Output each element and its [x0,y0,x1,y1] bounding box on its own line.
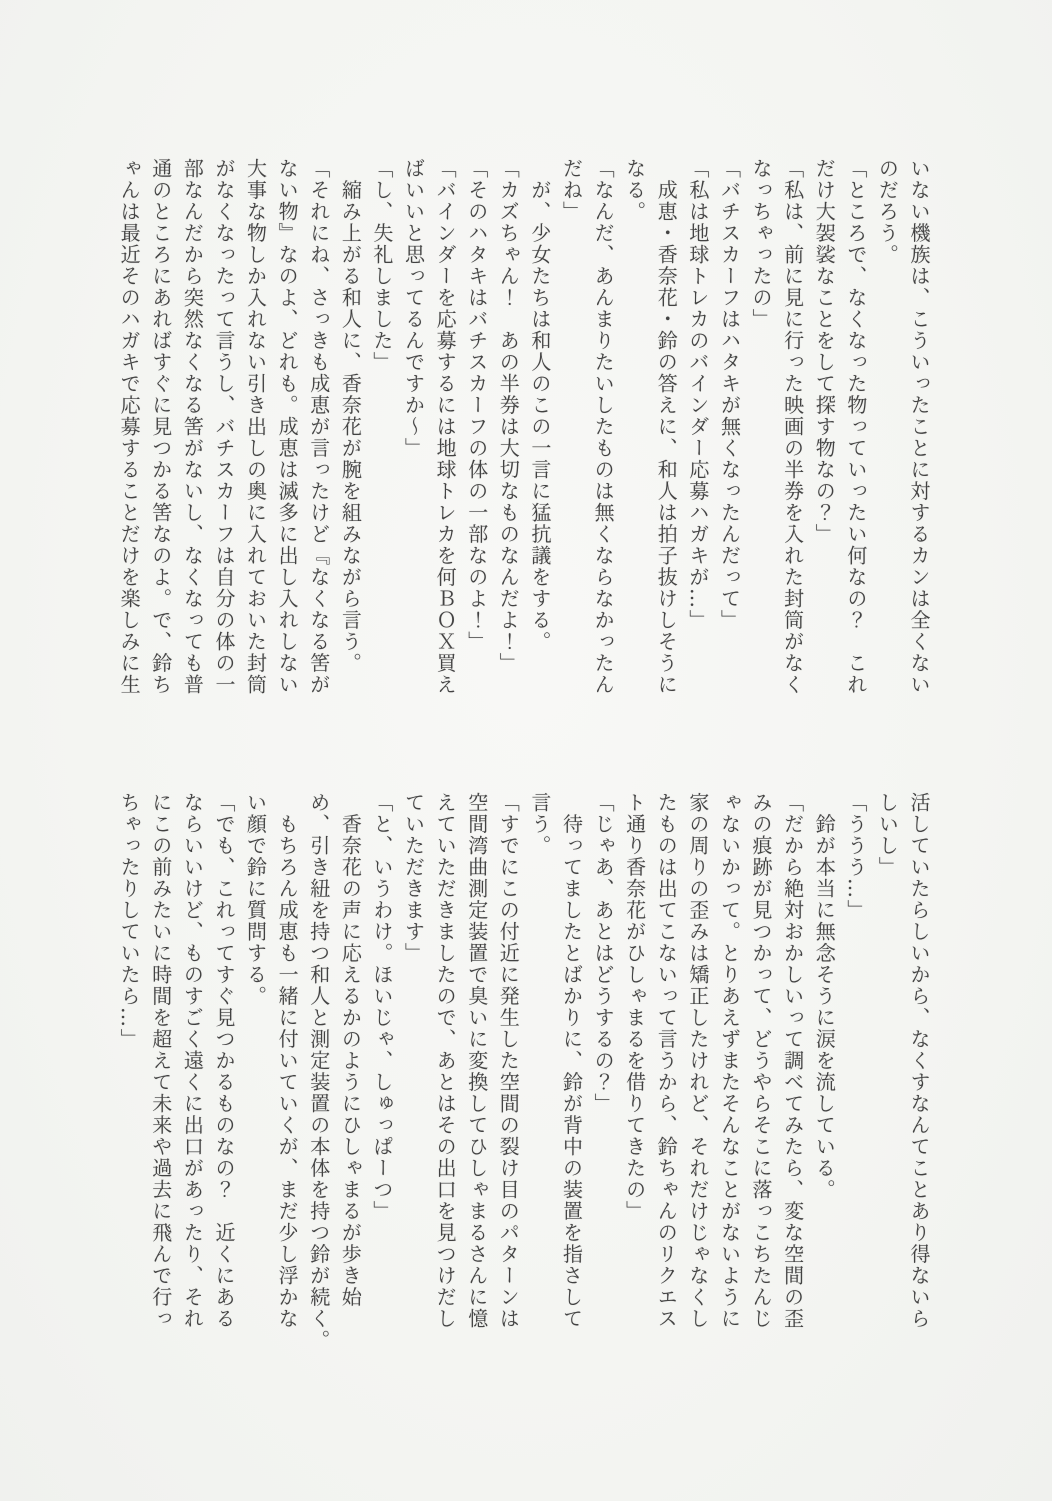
text-line: にこの前みたいに時間を超えて未来や過去に飛んで行っ [144,792,176,1358]
text-line: 大事な物しか入れない引き出しの奥に入れておいた封筒 [239,158,271,724]
text-line: 「ところで、なくなった物っていったい何なの？ これ [839,158,871,724]
text-line: なる。 [618,158,650,724]
text-line: 「カズちゃん！ あの半券は大切なものなんだよ！」 [492,158,524,724]
text-line: みの痕跡が見つかって、どうやらそこに落っこちたんじ [744,792,776,1358]
text-line: ない物』なのよ、どれも。成恵は滅多に出し入れしない [271,158,303,724]
text-line: 空間湾曲測定装置で臭いに変換してひしゃまるさんに憶 [460,792,492,1358]
text-line: 通のところにあればすぐに見つかる筈なのよ。で、鈴ち [144,158,176,724]
text-line: ゃないかって。とりあえずまたそんなことがないように [713,792,745,1358]
text-line: ト通り香奈花がひしゃまるを借りてきたの」 [618,792,650,1358]
text-line: 家の周りの歪みは矯正したけれど、それだけじゃなくし [681,792,713,1358]
text-line: 成恵・香奈花・鈴の答えに、和人は拍子抜けしそうに [650,158,682,724]
text-line: 「私は、前に見に行った映画の半券を入れた封筒がなく [776,158,808,724]
text-line: ていただきます」 [397,792,429,1358]
text-line: 「すでにこの付近に発生した空間の裂け目のパターンは [492,792,524,1358]
text-line: しいし」 [871,792,903,1358]
text-line: 言う。 [523,792,555,1358]
text-line: 鈴が本当に無念そうに涙を流している。 [808,792,840,1358]
text-line: が、少女たちは和人のこの一言に猛抗議をする。 [523,158,555,724]
text-line: もちろん成恵も一緒に付いていくが、まだ少し浮かな [271,792,303,1358]
top-text-block: いない機族は、こういったことに対するカンは全くない のだろう。 「ところで、なく… [113,158,934,724]
text-line: 部なんだから突然なくなる筈がないし、なくなっても普 [176,158,208,724]
text-line: 待ってましたとばかりに、鈴が背中の装置を指さして [555,792,587,1358]
text-line: がなくなったって言うし、バチスカーフは自分の体の一 [207,158,239,724]
text-line: のだろう。 [871,158,903,724]
text-line: 「それにね、さっきも成恵が言ったけど『なくなる筈が [302,158,334,724]
text-line: 香奈花の声に応えるかのようにひしゃまるが歩き始 [334,792,366,1358]
text-line: ちゃったりしていたら…」 [113,792,145,1358]
text-line: 縮み上がる和人に、香奈花が腕を組みながら言う。 [334,158,366,724]
text-line: なっちゃったの」 [744,158,776,724]
bottom-text-block: 活していたらしいから、なくすなんてことあり得ないら しいし」 「ううう…」 鈴が… [113,792,934,1358]
text-line: ばいいと思ってるんですか～」 [397,158,429,724]
text-line: いない機族は、こういったことに対するカンは全くない [902,158,934,724]
text-line: め、引き紐を持つ和人と測定装置の本体を持つ鈴が続く。 [302,792,334,1358]
text-line: 「ううう…」 [839,792,871,1358]
text-line: だね」 [555,158,587,724]
text-line: 「し、失礼しました」 [365,158,397,724]
text-line: 「と、いうわけ。ほいじゃ、しゅっぱーつ」 [365,792,397,1358]
text-line: 「そのハタキはバチスカーフの体の一部なのよ！」 [460,158,492,724]
text-line: ならいいけど、ものすごく遠くに出口があったり、それ [176,792,208,1358]
text-line: だけ大袈裟なことをして探す物なの？」 [808,158,840,724]
text-line: たものは出てこないって言うから、鈴ちゃんのリクエス [650,792,682,1358]
text-line: 「バチスカーフはハタキが無くなったんだって」 [713,158,745,724]
text-line: 「でも、これってすぐ見つかるものなの？ 近くにある [207,792,239,1358]
text-line: 「じゃあ、あとはどうするの？」 [586,792,618,1358]
text-line: ゃんは最近そのハガキで応募することだけを楽しみに生 [113,158,145,724]
text-line: い顔で鈴に質問する。 [239,792,271,1358]
text-line: えていただきましたので、あとはその出口を見つけだし [429,792,461,1358]
text-line: 「私は地球トレカのバインダー応募ハガキが…」 [681,158,713,724]
scanned-novel-page: いない機族は、こういったことに対するカンは全くない のだろう。 「ところで、なく… [0,0,1052,1501]
text-line: 活していたらしいから、なくすなんてことあり得ないら [902,792,934,1358]
text-line: 「バインダーを応募するには地球トレカを何ＢＯＸ買え [429,158,461,724]
text-line: 「なんだ、あんまりたいしたものは無くならなかったん [586,158,618,724]
text-line: 「だから絶対おかしいって調べてみたら、変な空間の歪 [776,792,808,1358]
